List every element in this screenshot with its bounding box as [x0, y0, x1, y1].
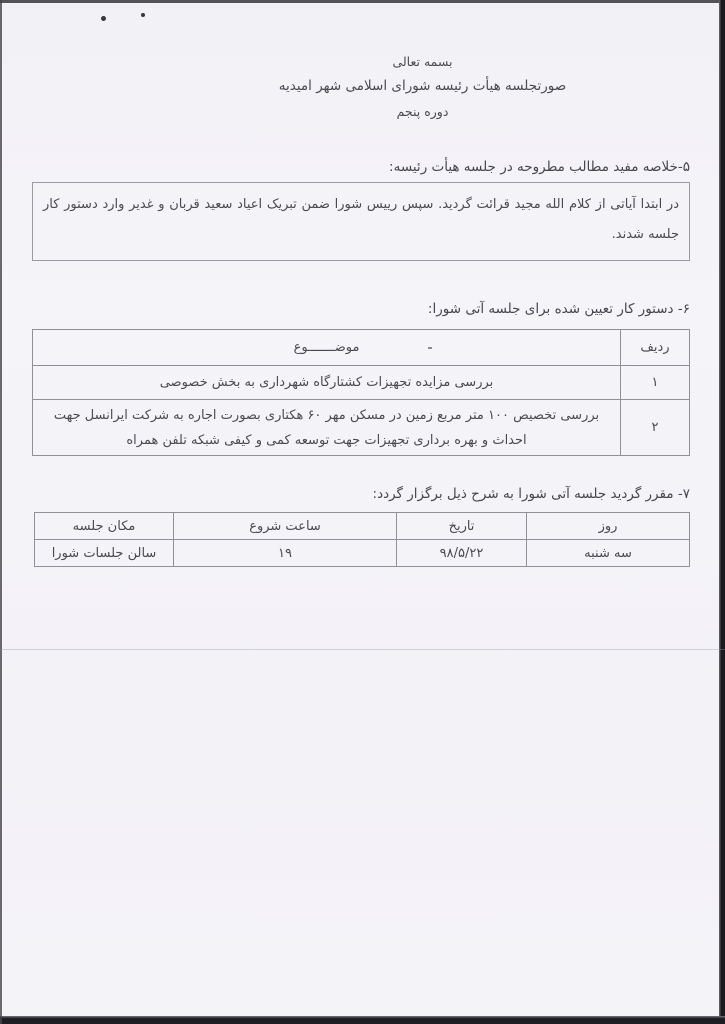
agenda-header-row: ردیف موضـــــــوع — [33, 330, 690, 366]
document-title: صورتجلسه هیأت رئیسه شورای اسلامی شهر امی… — [120, 78, 725, 94]
location-cell: سالن جلسات شورا — [35, 540, 174, 567]
section5-summary-box: در ابتدا آیاتی از کلام الله مجید قرائت گ… — [32, 182, 690, 261]
agenda-col-subject: موضـــــــوع — [33, 330, 621, 366]
document-header: بسمه تعالی صورتجلسه هیأت رئیسه شورای اسل… — [120, 54, 725, 119]
section5-heading: ۵-خلاصه مفید مطالب مطروحه در جلسه هیأت ر… — [389, 159, 690, 175]
agenda-table: ردیف موضـــــــوع ۱ بررسی مزایده تجهیزات… — [32, 329, 690, 456]
date-cell: ۹۸/۵/۲۲ — [397, 540, 527, 567]
section5-summary-text: در ابتدا آیاتی از کلام الله مجید قرائت گ… — [43, 197, 679, 242]
schedule-col-date: تاریخ — [397, 513, 527, 540]
scan-edge-bottom — [0, 1016, 725, 1024]
scan-edge-top — [0, 0, 725, 3]
term-line: دوره پنجم — [120, 104, 725, 119]
subject-cell: بررسی مزایده تجهیزات کشتارگاه شهرداری به… — [33, 366, 621, 400]
section6-heading: ۶- دستور کار تعیین شده برای جلسه آتی شور… — [428, 301, 690, 317]
paper-fold-line — [0, 649, 725, 650]
schedule-col-day: روز — [527, 513, 690, 540]
bismillah-line: بسمه تعالی — [120, 54, 725, 69]
scanned-document-page: بسمه تعالی صورتجلسه هیأت رئیسه شورای اسل… — [0, 0, 725, 1024]
table-row: سه شنبه ۹۸/۵/۲۲ ۱۹ سالن جلسات شورا — [35, 540, 690, 567]
scan-edge-right — [719, 0, 725, 1024]
staple-mark — [101, 16, 106, 21]
subject-cell: بررسی تخصیص ۱۰۰ متر مربع زمین در مسکن مه… — [33, 400, 621, 456]
row-number-cell: ۲ — [621, 400, 690, 456]
schedule-table: روز تاریخ ساعت شروع مکان جلسه سه شنبه ۹۸… — [34, 512, 690, 567]
schedule-col-start-time: ساعت شروع — [174, 513, 397, 540]
staple-mark — [141, 13, 145, 17]
schedule-header-row: روز تاریخ ساعت شروع مکان جلسه — [35, 513, 690, 540]
schedule-col-location: مکان جلسه — [35, 513, 174, 540]
table-row: ۱ بررسی مزایده تجهیزات کشتارگاه شهرداری … — [33, 366, 690, 400]
table-row: ۲ بررسی تخصیص ۱۰۰ متر مربع زمین در مسکن … — [33, 400, 690, 456]
agenda-col-row-no: ردیف — [621, 330, 690, 366]
section7-heading: ۷- مقرر گردید جلسه آتی شورا به شرح ذیل ب… — [373, 486, 690, 502]
scan-edge-left — [0, 0, 2, 1024]
start-time-cell: ۱۹ — [174, 540, 397, 567]
row-number-cell: ۱ — [621, 366, 690, 400]
day-cell: سه شنبه — [527, 540, 690, 567]
